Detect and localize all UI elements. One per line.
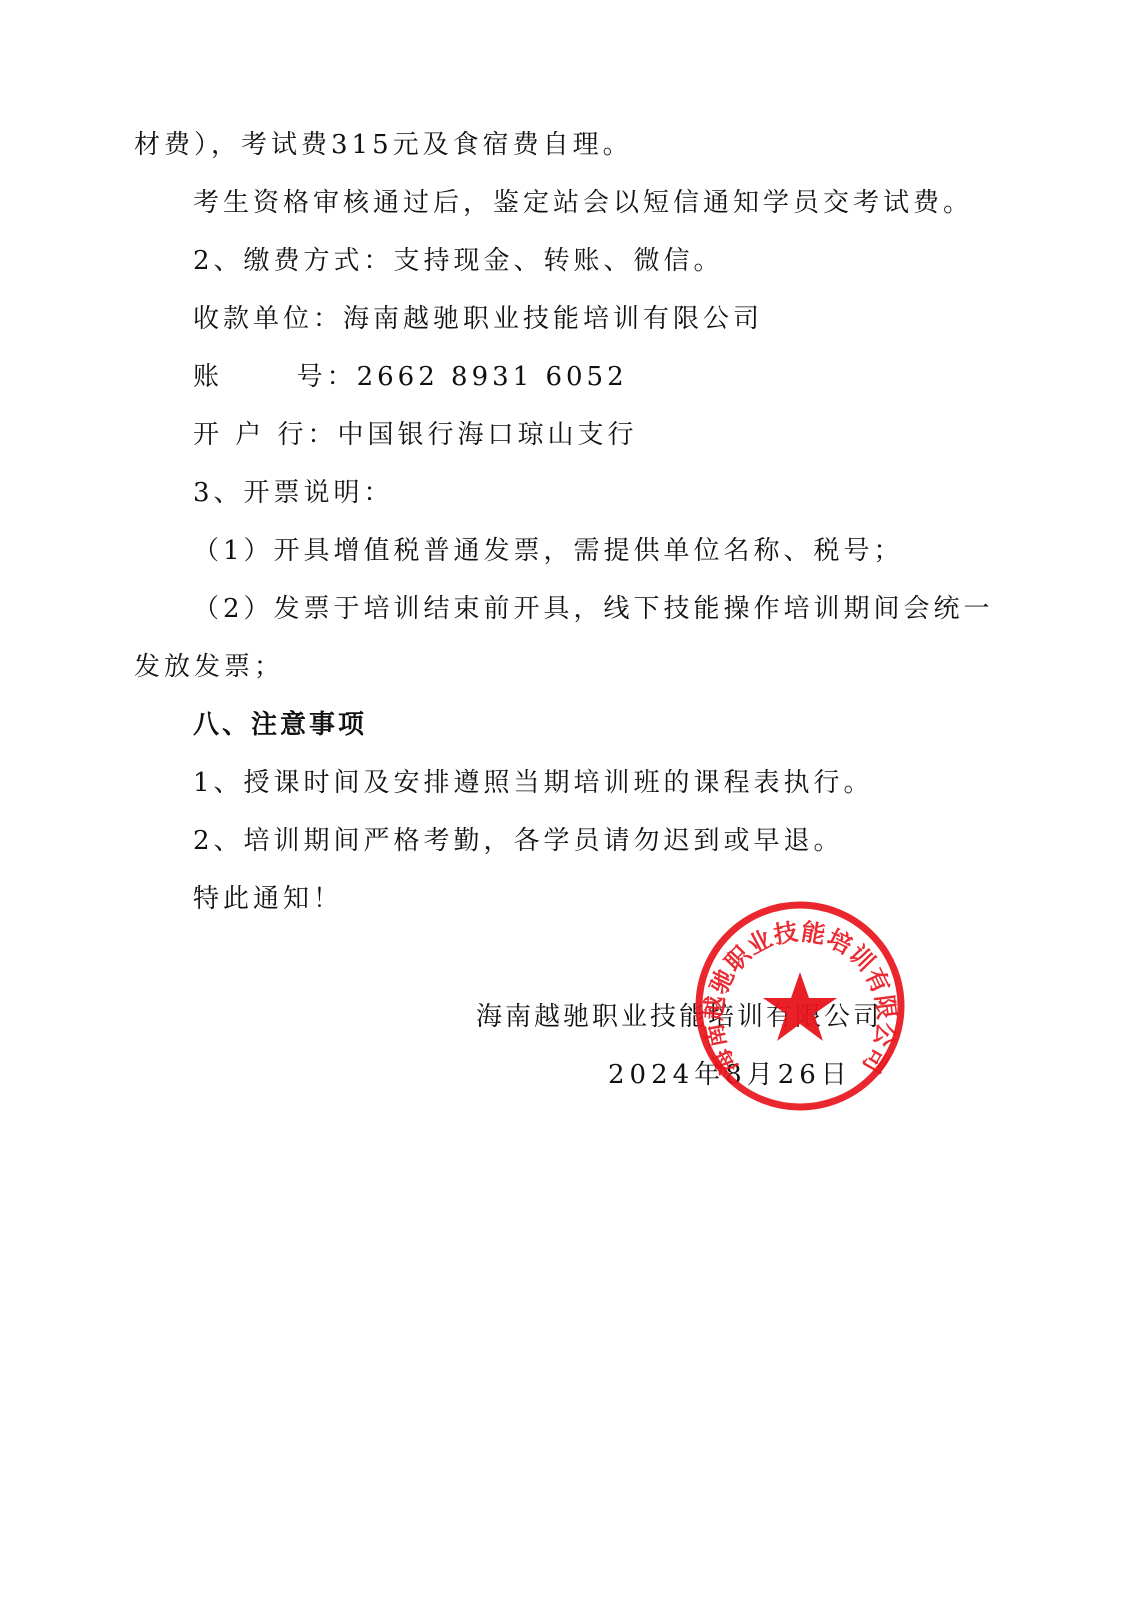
star-icon — [763, 972, 837, 1041]
company-seal-stamp: 海南越驰职业技能培训有限公司 — [694, 900, 906, 1112]
paragraph-invoice-item-1: （1）开具增值税普通发票，需提供单位名称、税号； — [193, 534, 904, 568]
note-schedule: 1、授课时间及安排遵照当期培训班的课程表执行。 — [193, 766, 874, 800]
paragraph-account-number: 账 号：2662 8931 6052 — [193, 360, 628, 394]
paragraph-invoice-item-2-cont: 发放发票； — [134, 650, 284, 684]
document-page: 材费），考试费315元及食宿费自理。 考生资格审核通过后，鉴定站会以短信通知学员… — [0, 0, 1131, 1600]
paragraph-invoice-title: 3、开票说明： — [193, 476, 394, 510]
paragraph-bank: 开 户 行：中国银行海口琼山支行 — [193, 418, 638, 452]
paragraph-invoice-item-2: （2）发票于培训结束前开具，线下技能操作培训期间会统一 — [193, 592, 994, 626]
note-closing: 特此通知！ — [193, 882, 343, 916]
paragraph-exam-fee-notice: 考生资格审核通过后，鉴定站会以短信通知学员交考试费。 — [193, 186, 973, 220]
section-heading-notes: 八、注意事项 — [193, 708, 367, 742]
paragraph-payee: 收款单位：海南越驰职业技能培训有限公司 — [193, 302, 763, 336]
paragraph-payment-methods: 2、缴费方式：支持现金、转账、微信。 — [193, 244, 724, 278]
note-attendance: 2、培训期间严格考勤，各学员请勿迟到或早退。 — [193, 824, 844, 858]
paragraph-fees: 材费），考试费315元及食宿费自理。 — [134, 128, 633, 162]
